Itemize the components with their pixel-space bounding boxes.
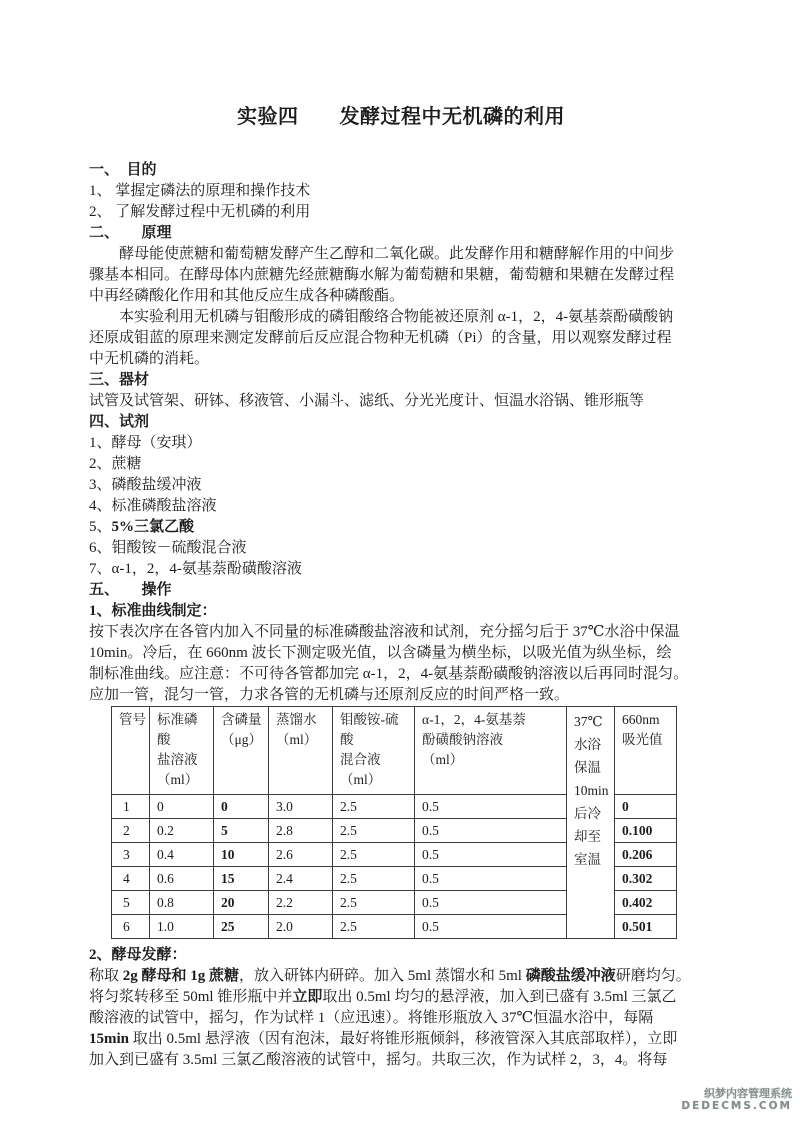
table-cell: 0.5 [415, 819, 567, 843]
subheading-standard-curve: 1、标准曲线制定： [89, 601, 713, 622]
bold-text-run: 5%三氯乙酸 [112, 519, 195, 535]
table-cell: 0.5 [415, 891, 567, 915]
section-heading-purpose: 一、 目的 [89, 160, 713, 181]
table-cell: 0.501 [615, 915, 677, 939]
section-heading-reagents: 四、试剂 [89, 412, 713, 433]
section-heading-equipment: 三、器材 [89, 370, 713, 391]
text-run: 研磨均匀。 [616, 968, 691, 984]
table-cell: 2.5 [333, 915, 415, 939]
table-cell: 2.5 [333, 819, 415, 843]
text-run: 制标准曲线。应注意：不可待各管都加完 α-1，2，4-氨基萘酚磺酸钠溶液以后再同… [89, 666, 688, 682]
table-cell: 2 [112, 819, 150, 843]
reagent-item-3: 3、磷酸盐缓冲液 [89, 475, 713, 496]
table-cell: 0.402 [615, 891, 677, 915]
table-cell: 15 [214, 867, 269, 891]
table-header-cell: 含磷量 （μg） [214, 707, 269, 795]
document-page: 实验四 发酵过程中无机磷的利用 一、 目的1、 掌握定磷法的原理和操作技术2、 … [89, 0, 713, 1071]
text-run: 1、酵母（安琪） [89, 435, 202, 451]
text-run: 加入到已盛有 3.5ml 三氯乙酸溶液的试管中，摇匀。共取三次，作为试样 2，3… [89, 1052, 667, 1068]
text-run: 2、 了解发酵过程中无机磷的利用 [89, 204, 310, 220]
table-cell: 10 [214, 843, 269, 867]
standard-curve-table: 管号标准磷酸 盐溶液 （ml）含磷量 （μg）蒸馏水 （ml）钼酸铵-硫酸 混合… [111, 706, 677, 939]
text-run: 试管及试管架、研钵、移液管、小漏斗、滤纸、分光光度计、恒温水浴锅、锥形瓶等 [89, 393, 644, 409]
equipment-line: 试管及试管架、研钵、移液管、小漏斗、滤纸、分光光度计、恒温水浴锅、锥形瓶等 [89, 391, 713, 412]
reagent-item-1: 1、酵母（安琪） [89, 433, 713, 454]
subheading-yeast-fermentation: 2、酵母发酵： [89, 945, 713, 966]
principle-line: 中再经磷酸化作用和其他反应生成各种磷酸酯。 [89, 286, 713, 307]
table-cell: 2.4 [269, 867, 333, 891]
table-cell: 2.6 [269, 843, 333, 867]
text-run: 按下表次序在各管内加入不同量的标准磷酸盐溶液和试剂，充分摇匀后于 37℃水浴中保… [89, 624, 680, 640]
text-run: 五、 操作 [89, 582, 172, 598]
table-cell: 4 [112, 867, 150, 891]
table-cell: 2.5 [333, 795, 415, 819]
bold-text-run: 磷酸盐缓冲液 [526, 968, 616, 984]
principle-line: 本实验利用无机磷与钼酸形成的磷钼酸络合物能被还原剂 α-1，2，4-氨基萘酚磺酸… [89, 307, 713, 328]
table-header-cell: 钼酸铵-硫酸 混合液 （ml） [333, 707, 415, 795]
table-cell: 0.4 [150, 843, 214, 867]
section-heading-principle: 二、 原理 [89, 223, 713, 244]
table-cell: 2.8 [269, 819, 333, 843]
reagent-item-4: 4、标准磷酸盐溶液 [89, 496, 713, 517]
table-cell: 0.2 [150, 819, 214, 843]
table-cell: 0.302 [615, 867, 677, 891]
table-cell: 3 [112, 843, 150, 867]
table-cell: 0 [214, 795, 269, 819]
text-run: 三、器材 [89, 372, 149, 388]
text-run: 10min。冷后，在 660nm 波长下测定吸光值，以含磷量为横坐标，以吸光值为… [89, 645, 672, 661]
text-run: 3、磷酸盐缓冲液 [89, 477, 202, 493]
table-cell: 2.2 [269, 891, 333, 915]
table-cell: 0 [615, 795, 677, 819]
table-header-row: 管号标准磷酸 盐溶液 （ml）含磷量 （μg）蒸馏水 （ml）钼酸铵-硫酸 混合… [112, 707, 677, 795]
text-run: 酵母能使蔗糖和葡萄糖发酵产生乙醇和二氧化碳。此发酵作用和糖酵解作用的中间步 [119, 246, 674, 262]
text-run: 7、α-1，2，4-氨基萘酚磺酸溶液 [89, 561, 302, 577]
table-cell: 0.5 [415, 867, 567, 891]
table-header-cell: 660nm 吸光值 [615, 707, 677, 795]
section-heading-operation: 五、 操作 [89, 580, 713, 601]
table-cell: 0.5 [415, 915, 567, 939]
table-cell: 20 [214, 891, 269, 915]
table-cell: 2.5 [333, 891, 415, 915]
text-run: 骤基本相同。在酵母体内蔗糖先经蔗糖酶水解为葡萄糖和果糖，葡萄糖和果糖在发酵过程 [89, 267, 674, 283]
table-cell: 0.6 [150, 867, 214, 891]
table-cell: 2.5 [333, 843, 415, 867]
text-run: 应加一管，混匀一管，力求各管的无机磷与还原剂反应的时间严格一致。 [89, 687, 569, 703]
standard-curve-line: 10min。冷后，在 660nm 波长下测定吸光值，以含磷量为横坐标，以吸光值为… [89, 643, 713, 664]
text-run: 将匀浆转移至 50ml 锥形瓶中并 [89, 989, 292, 1005]
table-cell: 5 [214, 819, 269, 843]
text-run: 取出 0.5ml 均匀的悬浮液，加入到已盛有 3.5ml 三氯乙 [322, 989, 676, 1005]
fermentation-line: 称取 2g 酵母和 1g 蔗糖，放入研钵内研碎。加入 5ml 蒸馏水和 5ml … [89, 966, 713, 987]
table-header-cell: α-1，2，4-氨基萘 酚磺酸钠溶液 （ml） [415, 707, 567, 795]
fermentation-line: 15min 取出 0.5ml 悬浮液（因有泡沫，最好将锥形瓶倾斜，移液管深入其底… [89, 1029, 713, 1050]
table-header-cell: 蒸馏水 （ml） [269, 707, 333, 795]
bold-text-run: 立即 [292, 989, 322, 1005]
bold-text-run: 15min [89, 1031, 129, 1047]
text-run: 还原成钼蓝的原理来测定发酵前后反应混合物种无机磷（Pi）的含量，用以观察发酵过程 [89, 330, 672, 346]
text-run: 酸溶液的试管中，摇匀，作为试样 1（应迅速）。将锥形瓶放入 37℃恒温水浴中，每… [89, 1010, 653, 1026]
text-run: 中再经磷酸化作用和其他反应生成各种磷酸酯。 [89, 288, 404, 304]
table-header-cell: 管号 [112, 707, 150, 795]
table-cell: 3.0 [269, 795, 333, 819]
text-run: 1、标准曲线制定： [89, 603, 217, 619]
text-run: ，放入研钵内研碎。加入 5ml 蒸馏水和 5ml [239, 968, 526, 984]
table-cell: 2.5 [333, 867, 415, 891]
table-cell: 1.0 [150, 915, 214, 939]
text-run: 6、钼酸铵－硫酸混合液 [89, 540, 247, 556]
document-body-bottom: 2、酵母发酵：称取 2g 酵母和 1g 蔗糖，放入研钵内研碎。加入 5ml 蒸馏… [89, 945, 713, 1071]
text-run: 二、 原理 [89, 225, 172, 241]
document-body-top: 一、 目的1、 掌握定磷法的原理和操作技术2、 了解发酵过程中无机磷的利用二、 … [89, 160, 713, 706]
text-run: 4、标准磷酸盐溶液 [89, 498, 217, 514]
text-run: 5、 [89, 519, 112, 535]
text-run: 2、酵母发酵： [89, 947, 187, 963]
standard-curve-line: 按下表次序在各管内加入不同量的标准磷酸盐溶液和试剂，充分摇匀后于 37℃水浴中保… [89, 622, 713, 643]
reagent-item-2: 2、蔗糖 [89, 454, 713, 475]
table-cell: 0 [150, 795, 214, 819]
text-run: 四、试剂 [89, 414, 149, 430]
table-cell: 5 [112, 891, 150, 915]
fermentation-line: 酸溶液的试管中，摇匀，作为试样 1（应迅速）。将锥形瓶放入 37℃恒温水浴中，每… [89, 1008, 713, 1029]
text-run: 取出 0.5ml 悬浮液（因有泡沫，最好将锥形瓶倾斜，移液管深入其底部取样），立… [129, 1031, 677, 1047]
table-cell: 0.206 [615, 843, 677, 867]
table-cell: 2.0 [269, 915, 333, 939]
table-cell: 0.5 [415, 843, 567, 867]
standard-curve-line: 应加一管，混匀一管，力求各管的无机磷与还原剂反应的时间严格一致。 [89, 685, 713, 706]
text-run: 中无机磷的消耗。 [89, 351, 209, 367]
table-cell: 6 [112, 915, 150, 939]
reagent-item-6: 6、钼酸铵－硫酸混合液 [89, 538, 713, 559]
purpose-item-2: 2、 了解发酵过程中无机磷的利用 [89, 202, 713, 223]
fermentation-line: 加入到已盛有 3.5ml 三氯乙酸溶液的试管中，摇匀。共取三次，作为试样 2，3… [89, 1050, 713, 1071]
fermentation-line: 将匀浆转移至 50ml 锥形瓶中并立即取出 0.5ml 均匀的悬浮液，加入到已盛… [89, 987, 713, 1008]
watermark-text-cn: 织梦内容管理系统 [681, 1088, 792, 1100]
table-merged-cell-waterbath: 37℃ 水浴 保温 10min 后冷 却至 室温 [567, 707, 615, 939]
reagent-item-5: 5、5%三氯乙酸 [89, 517, 713, 538]
text-run: 本实验利用无机磷与钼酸形成的磷钼酸络合物能被还原剂 α-1，2，4-氨基萘酚磺酸… [119, 309, 673, 325]
principle-line: 酵母能使蔗糖和葡萄糖发酵产生乙醇和二氧化碳。此发酵作用和糖酵解作用的中间步 [89, 244, 713, 265]
text-run: 称取 [89, 968, 123, 984]
table-cell: 25 [214, 915, 269, 939]
watermark-text-url: DEDECMS.COM [681, 1100, 792, 1112]
table-cell: 0.5 [415, 795, 567, 819]
watermark: 织梦内容管理系统 DEDECMS.COM [681, 1088, 792, 1112]
principle-line: 中无机磷的消耗。 [89, 349, 713, 370]
text-run: 一、 目的 [89, 162, 157, 178]
table-cell: 1 [112, 795, 150, 819]
bold-text-run: 2g 酵母和 1g 蔗糖 [123, 968, 239, 984]
document-title: 实验四 发酵过程中无机磷的利用 [89, 0, 713, 130]
table-cell: 0.100 [615, 819, 677, 843]
reagent-item-7: 7、α-1，2，4-氨基萘酚磺酸溶液 [89, 559, 713, 580]
text-run: 2、蔗糖 [89, 456, 142, 472]
text-run: 1、 掌握定磷法的原理和操作技术 [89, 183, 310, 199]
principle-line: 骤基本相同。在酵母体内蔗糖先经蔗糖酶水解为葡萄糖和果糖，葡萄糖和果糖在发酵过程 [89, 265, 713, 286]
principle-line: 还原成钼蓝的原理来测定发酵前后反应混合物种无机磷（Pi）的含量，用以观察发酵过程 [89, 328, 713, 349]
table-cell: 0.8 [150, 891, 214, 915]
table-header-cell: 标准磷酸 盐溶液 （ml） [150, 707, 214, 795]
purpose-item-1: 1、 掌握定磷法的原理和操作技术 [89, 181, 713, 202]
standard-curve-line: 制标准曲线。应注意：不可待各管都加完 α-1，2，4-氨基萘酚磺酸钠溶液以后再同… [89, 664, 713, 685]
